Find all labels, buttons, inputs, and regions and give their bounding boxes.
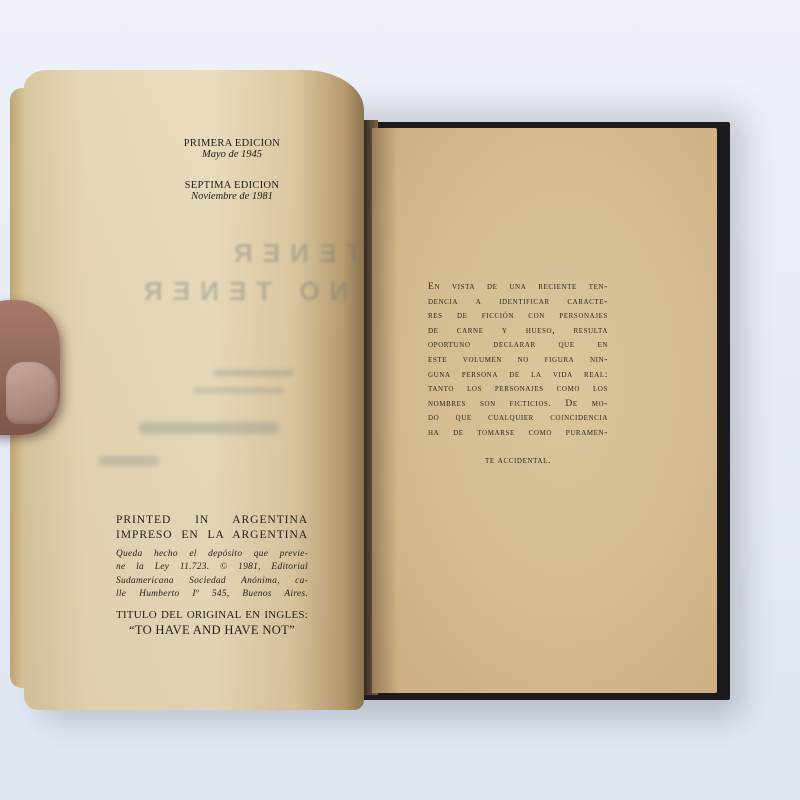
show-through-mark xyxy=(194,388,284,393)
notice-line: guna persona de la vida real: xyxy=(428,368,608,383)
notice-line: tanto los personajes como los xyxy=(428,382,608,397)
notice-line: este volumen no figura nin- xyxy=(428,353,608,368)
notice-line: do que cualquier coincidencia xyxy=(428,411,608,426)
first-edition: PRIMERA EDICION Mayo de 1945 xyxy=(172,138,292,160)
fiction-disclaimer: En vista de una reciente ten- dencia a i… xyxy=(428,280,608,441)
imprint-block: PRINTED IN ARGENTINA IMPRESO EN LA ARGEN… xyxy=(116,512,308,638)
original-title-label: TITULO DEL ORIGINAL EN INGLES: xyxy=(116,608,308,623)
printed-in: PRINTED IN ARGENTINA xyxy=(116,512,308,527)
legal-line: lle Humberto Iº 545, Buenos Aires. xyxy=(116,588,308,601)
left-page: PRIMERA EDICION Mayo de 1945 SEPTIMA EDI… xyxy=(24,70,364,710)
show-through-mark xyxy=(99,456,159,466)
edition-title: PRIMERA EDICION xyxy=(172,138,292,149)
edition-date: Mayo de 1945 xyxy=(172,149,292,160)
legal-line: Queda hecho el depósito que previe- xyxy=(116,548,308,561)
legal-line: ne la Ley 11.723. © 1981, Editorial xyxy=(116,561,308,574)
notice-line: nombres son ficticios. De mo- xyxy=(428,397,608,412)
photo-scene: En vista de una reciente ten- dencia a i… xyxy=(0,0,800,800)
edition-date: Noviembre de 1981 xyxy=(172,191,292,202)
edition-title: SEPTIMA EDICION xyxy=(172,180,292,191)
thumbnail-nail xyxy=(6,362,58,424)
notice-line: oportuno declarar que en xyxy=(428,338,608,353)
legal-deposit: Queda hecho el depósito que previe- ne l… xyxy=(116,548,308,602)
notice-line: En vista de una reciente ten- xyxy=(428,280,608,295)
notice-line: ha de tomarse como puramen- xyxy=(428,426,608,441)
seventh-edition: SEPTIMA EDICION Noviembre de 1981 xyxy=(172,180,292,202)
right-page: En vista de una reciente ten- dencia a i… xyxy=(372,128,717,693)
notice-line: dencia a identificar caracte- xyxy=(428,295,608,310)
impreso-en: IMPRESO EN LA ARGENTINA xyxy=(116,527,308,542)
notice-line: res de ficción con personajes xyxy=(428,309,608,324)
show-through-logo xyxy=(139,422,279,434)
notice-line: de carne y hueso, resulta xyxy=(428,324,608,339)
show-through-title-2: NO TENER xyxy=(134,276,348,307)
show-through-title-1: TENER xyxy=(224,238,362,269)
legal-line: Sudamericana Sociedad Anónima, ca- xyxy=(116,575,308,588)
original-title: “TO HAVE AND HAVE NOT” xyxy=(116,623,308,638)
show-through-mark xyxy=(214,370,294,376)
notice-last-line: te accidental. xyxy=(428,455,608,466)
